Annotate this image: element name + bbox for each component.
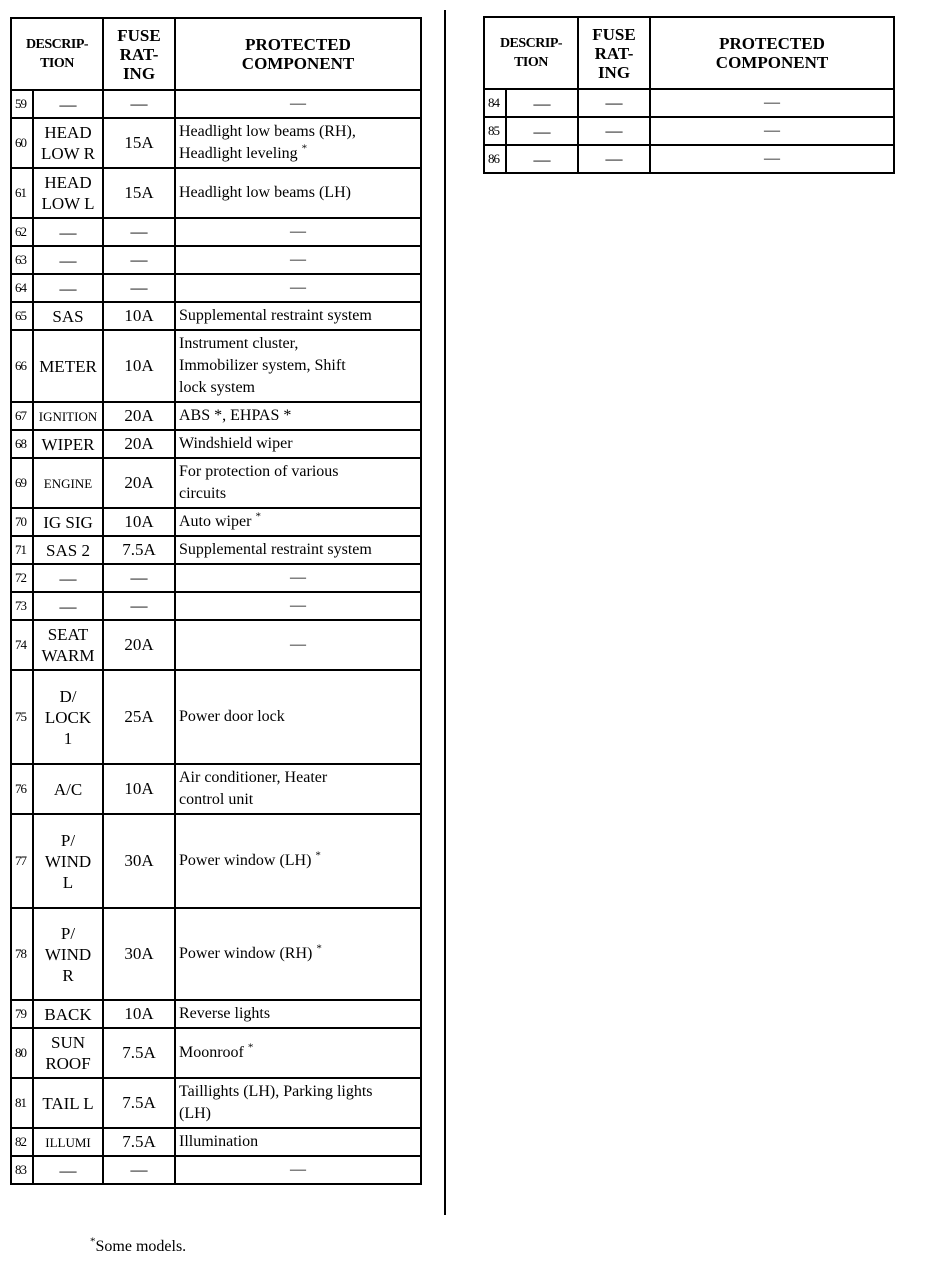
fuse-description: — xyxy=(506,145,578,173)
fuse-number: 68 xyxy=(11,430,33,458)
protected-component: — xyxy=(650,145,894,173)
fuse-description: TAIL L xyxy=(33,1078,103,1128)
header-fuse-rating: FUSERAT-ING xyxy=(578,17,650,89)
fuse-number: 64 xyxy=(11,274,33,302)
some-models-asterisk: * xyxy=(302,143,308,155)
table-row: 66METER10AInstrument cluster,Immobilizer… xyxy=(11,330,421,402)
table-row: 79BACK10AReverse lights xyxy=(11,1000,421,1028)
protected-component: ABS *, EHPAS * xyxy=(175,402,421,430)
fuse-rating: 10A xyxy=(103,330,175,402)
fuse-rating: 25A xyxy=(103,670,175,764)
fuse-description: — xyxy=(33,218,103,246)
fuse-rating: 20A xyxy=(103,620,175,670)
fuse-number: 60 xyxy=(11,118,33,168)
fuse-description: — xyxy=(33,90,103,118)
some-models-asterisk: * xyxy=(316,943,322,955)
column-divider xyxy=(444,10,446,1215)
fuse-rating: 20A xyxy=(103,430,175,458)
fuse-number: 85 xyxy=(484,117,506,145)
fuse-description: WIPER xyxy=(33,430,103,458)
fuse-number: 82 xyxy=(11,1128,33,1156)
fuse-number: 62 xyxy=(11,218,33,246)
fuse-rating: — xyxy=(578,117,650,145)
protected-component: For protection of variouscircuits xyxy=(175,458,421,508)
table-row: 83——— xyxy=(11,1156,421,1184)
header-protected-component: PROTECTEDCOMPONENT xyxy=(650,17,894,89)
fuse-description: — xyxy=(33,1156,103,1184)
fuse-rating: 15A xyxy=(103,168,175,218)
table-row: 68WIPER20AWindshield wiper xyxy=(11,430,421,458)
fuse-number: 65 xyxy=(11,302,33,330)
fuse-number: 80 xyxy=(11,1028,33,1078)
fuse-description: HEADLOW R xyxy=(33,118,103,168)
footnote: *Some models. xyxy=(90,1238,186,1256)
protected-component: Headlight low beams (RH),Headlight level… xyxy=(175,118,421,168)
fuse-rating: 10A xyxy=(103,508,175,536)
protected-component: Power window (RH) * xyxy=(175,908,421,1000)
protected-component: Reverse lights xyxy=(175,1000,421,1028)
fuse-description: SAS xyxy=(33,302,103,330)
fuse-number: 83 xyxy=(11,1156,33,1184)
fuse-table-right: DESCRIP-TION FUSERAT-ING PROTECTEDCOMPON… xyxy=(483,16,895,174)
table-row: 70IG SIG10AAuto wiper * xyxy=(11,508,421,536)
table-row: 84——— xyxy=(484,89,894,117)
table-row: 67IGNITION20AABS *, EHPAS * xyxy=(11,402,421,430)
fuse-rating: 7.5A xyxy=(103,1078,175,1128)
fuse-description: — xyxy=(33,274,103,302)
protected-component: — xyxy=(175,218,421,246)
protected-component: — xyxy=(175,274,421,302)
fuse-rating: 30A xyxy=(103,814,175,908)
table-row: 69ENGINE20AFor protection of variouscirc… xyxy=(11,458,421,508)
header-description: DESCRIP-TION xyxy=(11,18,103,90)
fuse-number: 79 xyxy=(11,1000,33,1028)
table-row: 60HEADLOW R15AHeadlight low beams (RH),H… xyxy=(11,118,421,168)
fuse-number: 75 xyxy=(11,670,33,764)
fuse-number: 74 xyxy=(11,620,33,670)
table-row: 77P/WINDL30APower window (LH) * xyxy=(11,814,421,908)
fuse-number: 72 xyxy=(11,564,33,592)
table-row: 78P/WINDR30APower window (RH) * xyxy=(11,908,421,1000)
fuse-description: — xyxy=(506,117,578,145)
fuse-number: 59 xyxy=(11,90,33,118)
fuse-number: 86 xyxy=(484,145,506,173)
protected-component: Illumination xyxy=(175,1128,421,1156)
fuse-description: P/WINDR xyxy=(33,908,103,1000)
footnote-text: Some models. xyxy=(96,1238,187,1255)
protected-component: Supplemental restraint system xyxy=(175,302,421,330)
fuse-number: 61 xyxy=(11,168,33,218)
fuse-rating: 10A xyxy=(103,764,175,814)
table-row: 74SEATWARM20A— xyxy=(11,620,421,670)
fuse-rating: 7.5A xyxy=(103,1028,175,1078)
table-row: 73——— xyxy=(11,592,421,620)
table-row: 80SUNROOF7.5AMoonroof * xyxy=(11,1028,421,1078)
fuse-rating: — xyxy=(103,564,175,592)
fuse-description: HEADLOW L xyxy=(33,168,103,218)
fuse-description: ENGINE xyxy=(33,458,103,508)
table-header-row: DESCRIP-TION FUSERAT-ING PROTECTEDCOMPON… xyxy=(484,17,894,89)
fuse-number: 81 xyxy=(11,1078,33,1128)
fuse-description: IGNITION xyxy=(33,402,103,430)
fuse-rating: — xyxy=(103,246,175,274)
fuse-description: BACK xyxy=(33,1000,103,1028)
protected-component: — xyxy=(175,90,421,118)
fuse-rating: 15A xyxy=(103,118,175,168)
table-row: 62——— xyxy=(11,218,421,246)
fuse-number: 67 xyxy=(11,402,33,430)
protected-component: Supplemental restraint system xyxy=(175,536,421,564)
some-models-asterisk: * xyxy=(248,1042,254,1054)
protected-component: — xyxy=(650,117,894,145)
fuse-number: 84 xyxy=(484,89,506,117)
protected-component: — xyxy=(175,246,421,274)
header-description: DESCRIP-TION xyxy=(484,17,578,89)
protected-component: Instrument cluster,Immobilizer system, S… xyxy=(175,330,421,402)
fuse-number: 66 xyxy=(11,330,33,402)
fuse-table-left: DESCRIP-TION FUSERAT-ING PROTECTEDCOMPON… xyxy=(10,17,422,1185)
fuse-rating: — xyxy=(578,89,650,117)
protected-component: — xyxy=(175,592,421,620)
table-row: 81TAIL L7.5ATaillights (LH), Parking lig… xyxy=(11,1078,421,1128)
fuse-description: A/C xyxy=(33,764,103,814)
protected-component: — xyxy=(175,1156,421,1184)
header-protected-component: PROTECTEDCOMPONENT xyxy=(175,18,421,90)
fuse-number: 63 xyxy=(11,246,33,274)
fuse-description: SUNROOF xyxy=(33,1028,103,1078)
protected-component: Windshield wiper xyxy=(175,430,421,458)
table-row: 75D/LOCK125APower door lock xyxy=(11,670,421,764)
protected-component: Headlight low beams (LH) xyxy=(175,168,421,218)
fuse-rating: 30A xyxy=(103,908,175,1000)
fuse-rating: — xyxy=(103,90,175,118)
table-row: 86——— xyxy=(484,145,894,173)
table-row: 59——— xyxy=(11,90,421,118)
table-row: 76A/C10AAir conditioner, Heatercontrol u… xyxy=(11,764,421,814)
fuse-rating: 20A xyxy=(103,402,175,430)
fuse-rating: 7.5A xyxy=(103,1128,175,1156)
table-row: 65SAS10ASupplemental restraint system xyxy=(11,302,421,330)
fuse-description: IG SIG xyxy=(33,508,103,536)
fuse-number: 71 xyxy=(11,536,33,564)
fuse-description: — xyxy=(33,246,103,274)
fuse-rating: 20A xyxy=(103,458,175,508)
header-fuse-rating: FUSERAT-ING xyxy=(103,18,175,90)
table-row: 71SAS 27.5ASupplemental restraint system xyxy=(11,536,421,564)
fuse-rating: — xyxy=(103,274,175,302)
fuse-number: 70 xyxy=(11,508,33,536)
fuse-rating: — xyxy=(578,145,650,173)
fuse-number: 73 xyxy=(11,592,33,620)
fuse-description: SEATWARM xyxy=(33,620,103,670)
fuse-description: P/WINDL xyxy=(33,814,103,908)
protected-component: Taillights (LH), Parking lights(LH) xyxy=(175,1078,421,1128)
fuse-number: 69 xyxy=(11,458,33,508)
fuse-description: ILLUMI xyxy=(33,1128,103,1156)
fuse-rating: — xyxy=(103,1156,175,1184)
table-row: 85——— xyxy=(484,117,894,145)
fuse-rating: 10A xyxy=(103,1000,175,1028)
some-models-asterisk: * xyxy=(315,850,321,862)
protected-component: Power door lock xyxy=(175,670,421,764)
fuse-number: 78 xyxy=(11,908,33,1000)
fuse-description: SAS 2 xyxy=(33,536,103,564)
table-row: 72——— xyxy=(11,564,421,592)
fuse-rating: 7.5A xyxy=(103,536,175,564)
table-row: 63——— xyxy=(11,246,421,274)
fuse-number: 77 xyxy=(11,814,33,908)
protected-component: Air conditioner, Heatercontrol unit xyxy=(175,764,421,814)
fuse-description: — xyxy=(33,592,103,620)
protected-component: — xyxy=(175,564,421,592)
fuse-description: D/LOCK1 xyxy=(33,670,103,764)
fuse-rating: 10A xyxy=(103,302,175,330)
fuse-rating: — xyxy=(103,218,175,246)
protected-component: Moonroof * xyxy=(175,1028,421,1078)
protected-component: Power window (LH) * xyxy=(175,814,421,908)
fuse-table-left-body: 59———60HEADLOW R15AHeadlight low beams (… xyxy=(11,90,421,1184)
table-row: 82ILLUMI7.5AIllumination xyxy=(11,1128,421,1156)
table-row: 61HEADLOW L15AHeadlight low beams (LH) xyxy=(11,168,421,218)
fuse-description: METER xyxy=(33,330,103,402)
protected-component: — xyxy=(175,620,421,670)
protected-component: Auto wiper * xyxy=(175,508,421,536)
some-models-asterisk: * xyxy=(255,511,261,523)
fuse-rating: — xyxy=(103,592,175,620)
fuse-description: — xyxy=(506,89,578,117)
protected-component: — xyxy=(650,89,894,117)
table-header-row: DESCRIP-TION FUSERAT-ING PROTECTEDCOMPON… xyxy=(11,18,421,90)
fuse-description: — xyxy=(33,564,103,592)
table-row: 64——— xyxy=(11,274,421,302)
fuse-table-right-body: 84———85———86——— xyxy=(484,89,894,173)
fuse-number: 76 xyxy=(11,764,33,814)
